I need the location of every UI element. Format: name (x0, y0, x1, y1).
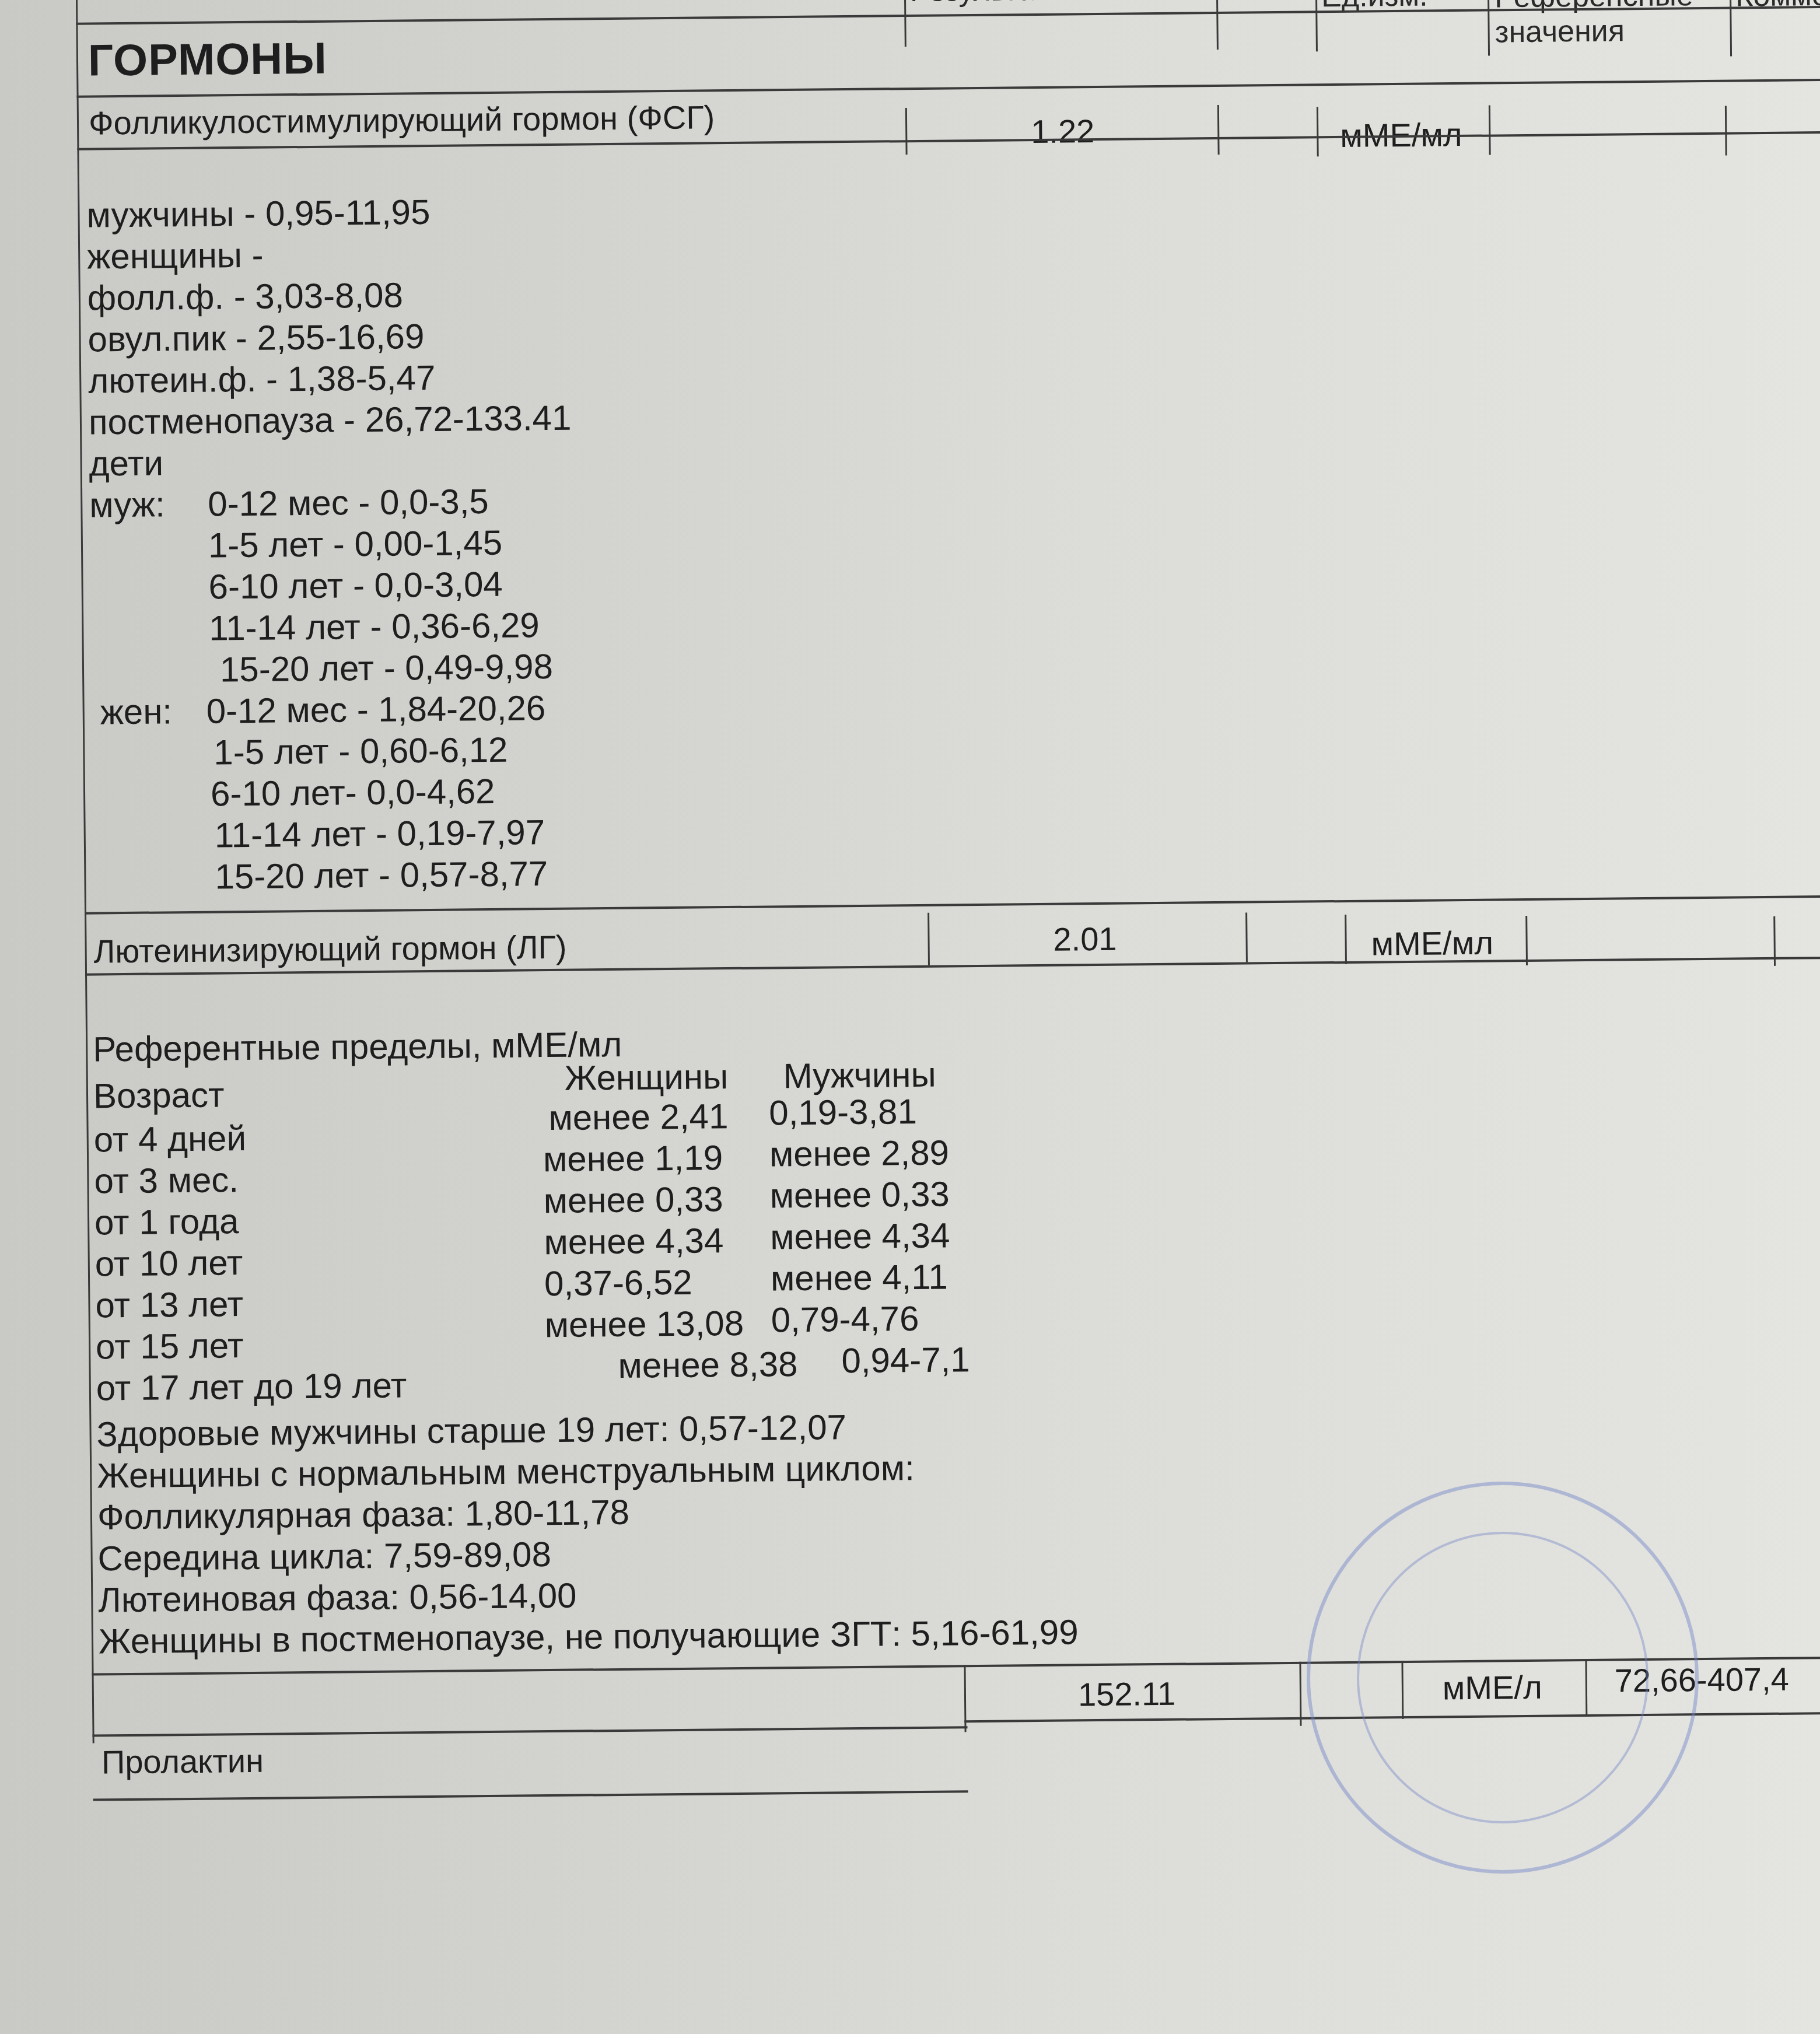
women-cell: менее 1,19 (543, 1136, 796, 1180)
ref-line: мужчины - 0,95-11,95 (86, 190, 569, 236)
ref-line: Женщины в постменопаузе, не получающие З… (99, 1611, 1079, 1662)
lh-men-col: 0,19-3,81 менее 2,89 менее 0,33 менее 4,… (769, 1090, 970, 1382)
col-divider (1725, 106, 1727, 156)
men-cell: 0,79-4,76 (771, 1297, 970, 1340)
row-divider (85, 895, 1820, 915)
women-cell: менее 4,34 (544, 1219, 797, 1263)
ref-line: 15-20 лет - 0,49-9,98 (209, 646, 554, 691)
men-cell: менее 2,89 (769, 1132, 968, 1175)
lh-women-header: Женщины (564, 1056, 728, 1099)
women-cell: менее 0,33 (543, 1178, 796, 1221)
fsh-children-male: 0-12 мес - 0,0-3,5 1-5 лет - 0,00-1,45 6… (208, 480, 553, 691)
col-divider (905, 108, 908, 155)
col-divider (1315, 0, 1318, 51)
men-cell: менее 4,34 (770, 1214, 969, 1258)
ref-line: лютеин.ф. - 1,38-5,47 (88, 356, 571, 402)
ref-line: фолл.ф. - 3,03-8,08 (87, 273, 570, 319)
lh-reference-notes: Здоровые мужчины старше 19 лет: 0,57-12,… (96, 1404, 1079, 1662)
header-reference-line2: значения (1494, 13, 1625, 50)
men-cell: менее 0,33 (769, 1173, 968, 1216)
fsh-children-male-label: муж: (89, 484, 165, 526)
ref-line: 0-12 мес - 1,84-20,26 (206, 687, 547, 732)
ref-line: 1-5 лет - 0,60-6,12 (206, 729, 547, 773)
women-cell: 0,37-6,52 (544, 1261, 797, 1304)
ref-line: 6-10 лет - 0,0-3,04 (208, 563, 552, 608)
row-divider (93, 1790, 968, 1801)
age-cell: от 3 мес. (94, 1157, 405, 1202)
test-name-prolactin: Пролактин (101, 1742, 264, 1781)
ref-line: 11-14 лет - 0,36-6,29 (209, 604, 553, 649)
lh-ref-title: Референтные пределы, мМЕ/мл (93, 1024, 622, 1070)
ref-line: 6-10 лет- 0,0-4,62 (207, 770, 548, 815)
col-divider (1245, 913, 1248, 962)
col-divider (1489, 105, 1491, 155)
col-divider (928, 913, 930, 965)
ref-line: дети (89, 439, 572, 485)
ref-line: 1-5 лет - 0,00-1,45 (208, 521, 552, 566)
test-name-lh: Лютеинизирующий гормон (ЛГ) (93, 928, 566, 971)
age-cell: от 1 года (94, 1199, 405, 1243)
women-cell: менее 13,08 (545, 1302, 798, 1346)
age-cell: от 15 лет (96, 1323, 407, 1367)
ref-line: овул.пик - 2,55-16,69 (87, 314, 570, 360)
col-divider (1317, 107, 1319, 156)
lh-age-header: Возраст (93, 1074, 225, 1116)
section-title: ГОРМОНЫ (88, 33, 327, 86)
men-cell: менее 4,11 (771, 1256, 970, 1299)
age-cell: от 17 лет до 19 лет (96, 1364, 407, 1409)
test-name-fsh: Фолликулостимулирующий гормон (ФСГ) (89, 98, 715, 142)
men-cell: 0,94-7,1 (771, 1339, 970, 1382)
col-divider (1345, 915, 1347, 964)
col-divider (1299, 1662, 1301, 1726)
ref-line: женщины - (87, 232, 570, 278)
unit-lh: мМЕ/мл (1371, 924, 1493, 963)
result-fsh: 1.22 (1031, 112, 1095, 150)
women-cell: менее 2,41 (542, 1095, 796, 1139)
row-divider (93, 1726, 968, 1737)
col-divider (1217, 105, 1220, 155)
ref-line: 0-12 мес - 0,0-3,5 (208, 480, 552, 525)
result-lh: 2.01 (1053, 920, 1117, 958)
ref-line: постменопауза - 26,72-133.41 (89, 397, 572, 443)
row-divider (77, 79, 1820, 98)
header-result: Результат (910, 0, 1048, 9)
age-cell: от 13 лет (95, 1282, 406, 1326)
lh-age-col: от 4 дней от 3 мес. от 1 года от 10 лет … (93, 1116, 407, 1409)
women-cell: менее 8,38 (545, 1343, 798, 1387)
age-cell: от 10 лет (94, 1240, 405, 1284)
lh-women-col: менее 2,41 менее 1,19 менее 0,33 менее 4… (542, 1095, 798, 1387)
men-cell: 0,19-3,81 (769, 1090, 968, 1133)
col-divider (1487, 0, 1490, 56)
col-divider (1525, 916, 1528, 965)
result-prolactin: 152.11 (1078, 1675, 1176, 1714)
col-divider (904, 0, 907, 47)
seal-stamp (1307, 1482, 1699, 1874)
fsh-reference-notes: мужчины - 0,95-11,95 женщины - фолл.ф. -… (86, 190, 572, 485)
col-divider (1216, 0, 1219, 50)
age-cell: от 4 дней (93, 1116, 404, 1160)
ref-line: 11-14 лет - 0,19-7,97 (207, 811, 548, 856)
fsh-children-female: 0-12 мес - 1,84-20,26 1-5 лет - 0,60-6,1… (206, 687, 548, 898)
ref-line: 15-20 лет - 0,57-8,77 (208, 853, 548, 898)
fsh-children-female-label: жен: (100, 691, 172, 733)
